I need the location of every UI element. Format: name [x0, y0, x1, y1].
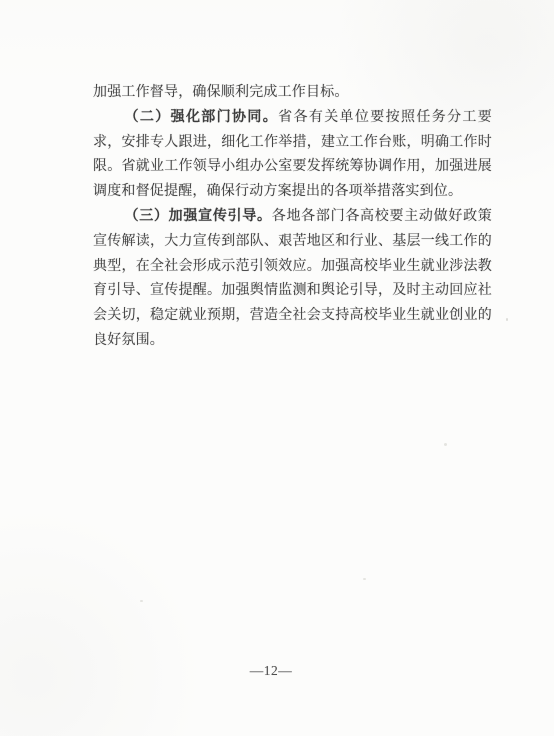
paragraph: 加强工作督导，确保顺利完成工作目标。: [93, 81, 492, 106]
document-body: 加强工作督导，确保顺利完成工作目标。（二）强化部门协同。省各有关单位要按照任务分…: [93, 81, 492, 354]
paragraph-text: 各地各部门各高校要主动做好政策宣传解读，大力宣传到部队、艰苦地区和行业、基层一线…: [93, 209, 492, 348]
scan-speck: [363, 578, 366, 580]
paragraph: （二）强化部门协同。省各有关单位要按照任务分工要求，安排专人跟进，细化工作举措，…: [93, 106, 492, 205]
scan-speck: [506, 318, 508, 321]
paragraph-heading: （三）加强宣传引导。: [125, 209, 272, 224]
paragraph-heading: （二）强化部门协同。: [125, 110, 279, 125]
scan-speck: [444, 443, 447, 446]
page-number: —12—: [250, 663, 293, 678]
document-page: 加强工作督导，确保顺利完成工作目标。（二）强化部门协同。省各有关单位要按照任务分…: [0, 0, 554, 736]
page-footer: —12—: [0, 662, 542, 680]
scan-speck: [140, 600, 143, 602]
paragraph: （三）加强宣传引导。各地各部门各高校要主动做好政策宣传解读，大力宣传到部队、艰苦…: [93, 205, 492, 354]
paragraph-text: 加强工作督导，确保顺利完成工作目标。: [93, 85, 349, 100]
